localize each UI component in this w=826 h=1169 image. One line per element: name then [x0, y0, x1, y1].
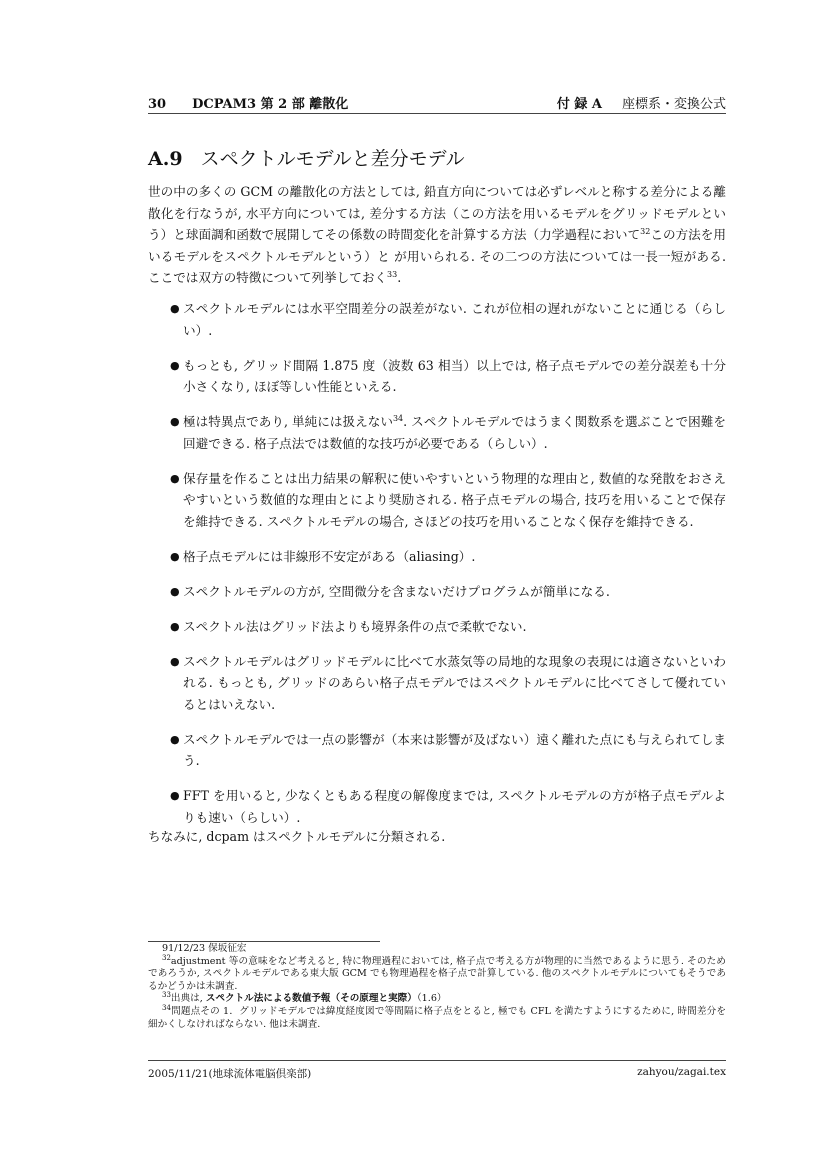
list-item: ●FFT を用いると, 少なくともある程度の解像度までは, スペクトルモデルの方… [148, 785, 726, 828]
footnote-text: 問題点その 1．グリッドモデルでは緯度経度図で等間隔に格子点をとると, 極でも … [148, 1006, 726, 1030]
list-item: ●もっとも, グリッド間隔 1.875 度（波数 63 相当）以上では, 格子点… [148, 355, 726, 398]
header-rule [148, 113, 726, 114]
list-item-text: 格子点モデルには非線形不安定がある（aliasing）. [183, 549, 475, 564]
bullet-icon: ● [170, 616, 180, 638]
list-item: ●極は特異点であり, 単純には扱えない34. スペクトルモデルではうまく関数系を… [148, 411, 726, 454]
page-footer: 2005/11/21(地球流体電脳倶楽部) zahyou/zagai.tex [148, 1066, 726, 1081]
closing-paragraph: ちなみに, dcpam はスペクトルモデルに分類される. [148, 826, 726, 848]
part-title: DCPAM3 第 2 部 離散化 [192, 97, 348, 112]
feature-list: ●スペクトルモデルには水平空間差分の誤差がない. これが位相の遅れがないことに通… [148, 298, 726, 842]
running-head: 30DCPAM3 第 2 部 離散化 付 録 A座標系・変換公式 [148, 92, 726, 112]
intro-text-3: . [397, 270, 401, 285]
bullet-icon: ● [170, 581, 180, 603]
bullet-icon: ● [170, 729, 180, 751]
list-item: ●スペクトルモデルはグリッドモデルに比べて水蒸気等の局地的な現象の表現には適さな… [148, 651, 726, 716]
list-item: ●保存量を作ることは出力結果の解釈に使いやすいという物理的な理由と, 数値的な発… [148, 468, 726, 533]
list-item: ●スペクトル法はグリッド法よりも境界条件の点で柔軟でない. [148, 616, 726, 638]
footnote-text: 出典は, [171, 993, 206, 1004]
list-item-text: スペクトル法はグリッド法よりも境界条件の点で柔軟でない. [183, 619, 527, 634]
running-head-left: 30DCPAM3 第 2 部 離散化 [148, 93, 348, 112]
appendix-title: 座標系・変換公式 [622, 97, 726, 112]
footnote-32: 32adjustment 等の意味をなど考えると, 特に物理過程においては, 格… [148, 956, 726, 994]
section-title: スペクトルモデルと差分モデル [201, 148, 465, 170]
footnote-text: （1.6） [417, 993, 447, 1004]
list-item-text: FFT を用いると, 少なくともある程度の解像度までは, スペクトルモデルの方が… [183, 788, 726, 825]
bullet-icon: ● [170, 468, 180, 490]
footnote-33: 33出典は, スペクトル法による数値予報（その原理と実際）（1.6） [148, 993, 726, 1006]
footnote-mark: 34 [162, 1004, 171, 1012]
footnote-ref-33[interactable]: 33 [387, 270, 397, 279]
bullet-icon: ● [170, 651, 180, 673]
footnote-author: 91/12/23 保坂征宏 [148, 943, 726, 956]
page-number: 30 [148, 97, 166, 112]
list-item: ●スペクトルモデルの方が, 空間微分を含まないだけプログラムが簡単になる. [148, 581, 726, 603]
footnote-mark: 32 [162, 954, 171, 962]
footnote-ref-32[interactable]: 32 [640, 227, 650, 236]
list-item-text: スペクトルモデルでは一点の影響が（本来は影響が及ばない）遠く離れた点にも与えられ… [183, 732, 726, 769]
footnote-rule [148, 941, 380, 942]
footnote-mark: 33 [162, 991, 171, 999]
list-item: ●格子点モデルには非線形不安定がある（aliasing）. [148, 546, 726, 568]
bullet-icon: ● [170, 785, 180, 807]
list-item: ●スペクトルモデルには水平空間差分の誤差がない. これが位相の遅れがないことに通… [148, 298, 726, 341]
list-item: ●スペクトルモデルでは一点の影響が（本来は影響が及ばない）遠く離れた点にも与えら… [148, 729, 726, 772]
bullet-icon: ● [170, 546, 180, 568]
list-item-text: スペクトルモデルの方が, 空間微分を含まないだけプログラムが簡単になる. [183, 584, 610, 599]
running-head-right: 付 録 A座標系・変換公式 [557, 93, 726, 112]
section-number: A.9 [148, 148, 183, 170]
list-item-text: 保存量を作ることは出力結果の解釈に使いやすいという物理的な理由と, 数値的な発散… [183, 471, 726, 529]
footnotes: 91/12/23 保坂征宏 32adjustment 等の意味をなど考えると, … [148, 943, 726, 1031]
section-heading: A.9スペクトルモデルと差分モデル [148, 144, 465, 171]
footer-rule [148, 1060, 726, 1061]
footnote-ref-34[interactable]: 34 [393, 414, 403, 423]
footer-date-org: 2005/11/21(地球流体電脳倶楽部) [148, 1066, 311, 1081]
bullet-icon: ● [170, 411, 180, 433]
appendix-label: 付 録 A [557, 97, 602, 112]
list-item-text: 極は特異点であり, 単純には扱えない [183, 414, 393, 429]
footer-filename: zahyou/zagai.tex [637, 1066, 726, 1081]
bullet-icon: ● [170, 355, 180, 377]
footnote-text: adjustment 等の意味をなど考えると, 特に物理過程においては, 格子点… [148, 956, 726, 992]
document-page: 30DCPAM3 第 2 部 離散化 付 録 A座標系・変換公式 A.9スペクト… [148, 0, 726, 1169]
list-item-text: もっとも, グリッド間隔 1.875 度（波数 63 相当）以上では, 格子点モ… [183, 358, 726, 395]
cited-work-title: スペクトル法による数値予報（その原理と実際） [206, 993, 417, 1004]
intro-paragraph: 世の中の多くの GCM の離散化の方法としては, 鉛直方向については必ずレベルと… [148, 181, 726, 289]
bullet-icon: ● [170, 298, 180, 320]
footnote-34: 34問題点その 1．グリッドモデルでは緯度経度図で等間隔に格子点をとると, 極で… [148, 1006, 726, 1031]
list-item-text: スペクトルモデルはグリッドモデルに比べて水蒸気等の局地的な現象の表現には適さない… [183, 654, 726, 712]
list-item-text: スペクトルモデルには水平空間差分の誤差がない. これが位相の遅れがないことに通じ… [183, 301, 726, 338]
